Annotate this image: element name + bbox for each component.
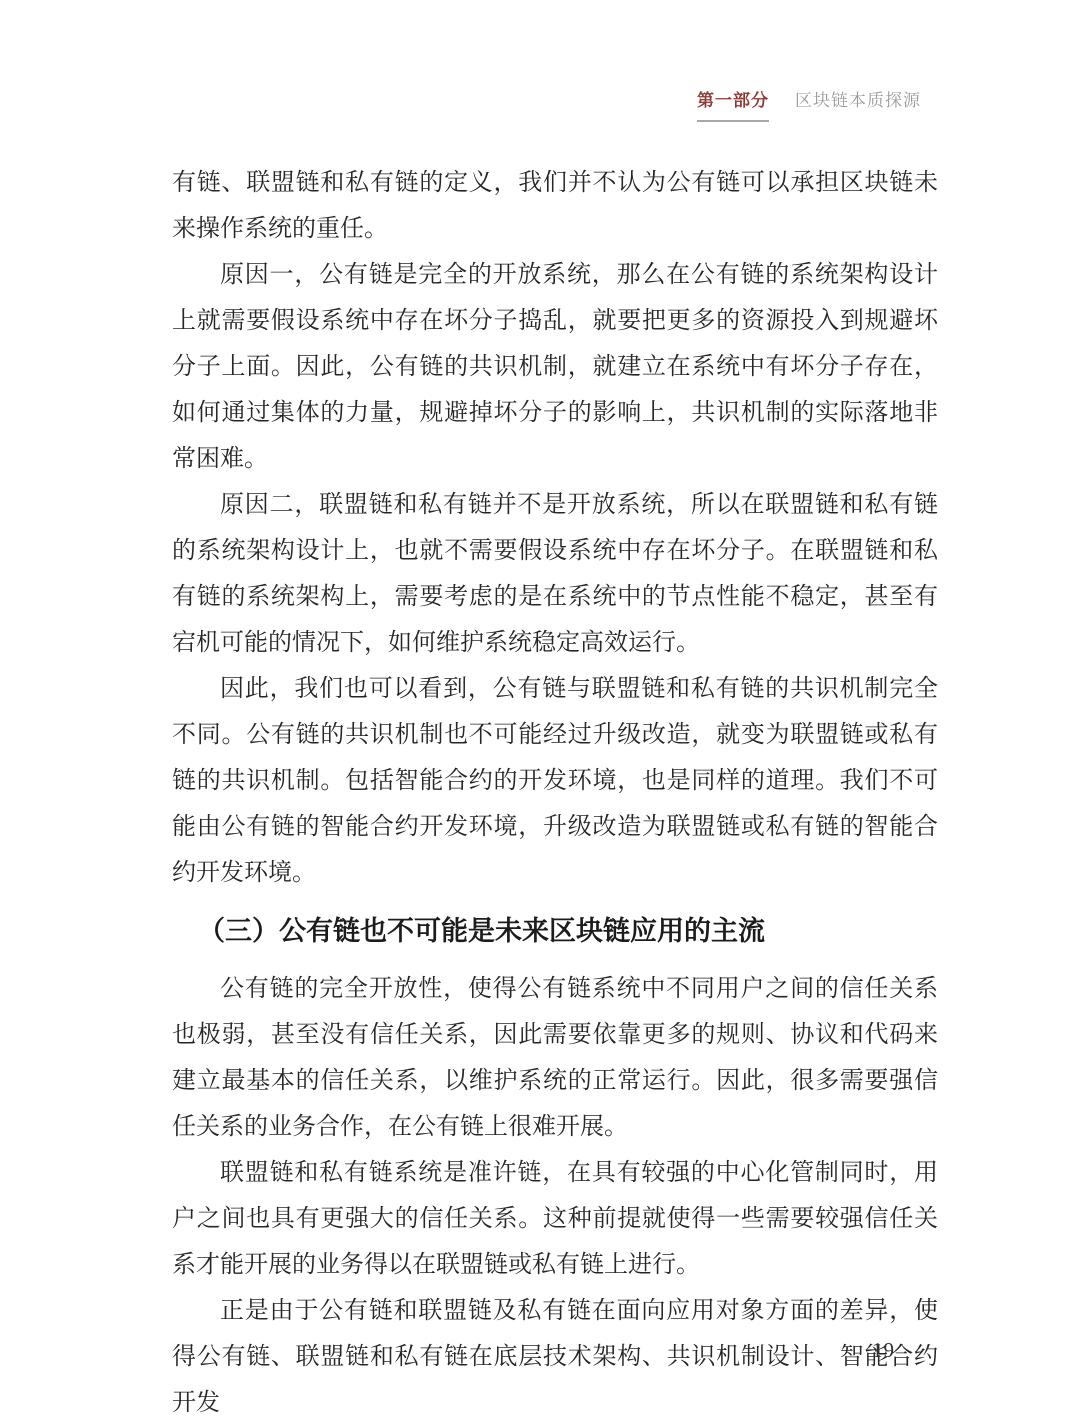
paragraph: 有链、联盟链和私有链的定义，我们并不认为公有链可以承担区块链未来操作系统的重任。: [172, 160, 938, 252]
section-heading: （三）公有链也不可能是未来区块链应用的主流: [172, 908, 938, 954]
paragraph: 因此，我们也可以看到，公有链与联盟链和私有链的共识机制完全不同。公有链的共识机制…: [172, 666, 938, 896]
running-header: 第一部分 区块链本质探源: [697, 86, 921, 122]
body-text-column: 有链、联盟链和私有链的定义，我们并不认为公有链可以承担区块链未来操作系统的重任。…: [172, 160, 938, 1419]
paragraph: 原因一，公有链是完全的开放系统，那么在公有链的系统架构设计上就需要假设系统中存在…: [172, 252, 938, 482]
part-title: 区块链本质探源: [795, 86, 921, 111]
paragraph: 联盟链和私有链系统是准许链，在具有较强的中心化管制同时，用户之间也具有更强大的信…: [172, 1150, 938, 1288]
part-label: 第一部分: [697, 86, 769, 122]
paragraph: 公有链的完全开放性，使得公有链系统中不同用户之间的信任关系也极弱，甚至没有信任关…: [172, 966, 938, 1150]
paragraph: 正是由于公有链和联盟链及私有链在面向应用对象方面的差异，使得公有链、联盟链和私有…: [172, 1288, 938, 1419]
paragraph: 原因二，联盟链和私有链并不是开放系统，所以在联盟链和私有链的系统架构设计上，也就…: [172, 482, 938, 666]
book-page: 第一部分 区块链本质探源 有链、联盟链和私有链的定义，我们并不认为公有链可以承担…: [0, 0, 1080, 1419]
page-number: 19: [872, 1338, 895, 1363]
